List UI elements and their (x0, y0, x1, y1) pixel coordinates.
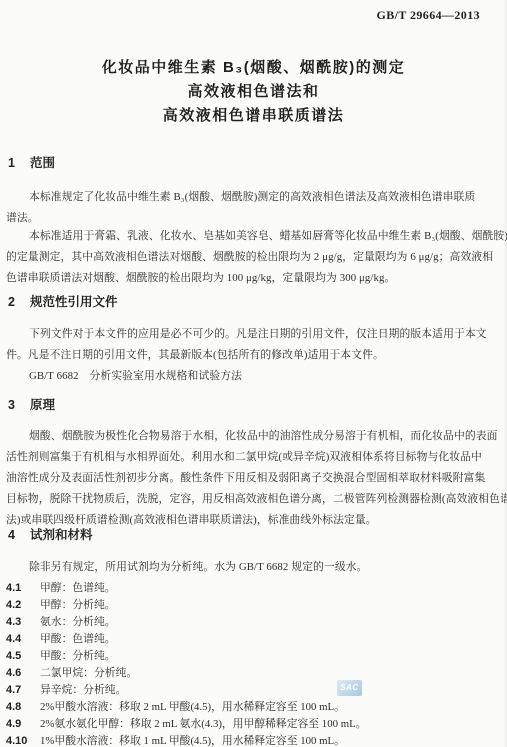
clause-number: 4.9 (6, 716, 30, 733)
text-line: 的定量测定，其中高效液相色谱法对烟酸、烟酰胺的检出限均为 2 μg/g，定量限均… (6, 247, 499, 268)
section-heading-reagents: 4试剂和材料 (8, 529, 92, 542)
clause-number: 4.4 (6, 631, 30, 648)
text-line: GB/T 6682 分析实验室用水规格和试验方法 (6, 366, 499, 387)
principle-paragraph: 烟酸、烟酰胺为极性化合物易溶于水相，化妆品中的油溶性成分易溶于有机相，而化妆品中… (6, 426, 499, 531)
clause-number: 4.7 (6, 682, 30, 699)
text-line: 活性剂则富集于有机相与水相界面处。利用水和二氯甲烷(或异辛烷)双液相体系将目标物… (6, 447, 499, 468)
clause-text: 2%氨水氨化甲醇：移取 2 mL 氨水(4.3)，用甲醇稀释定容至 100 mL… (40, 718, 367, 730)
clause-number: 4.6 (6, 665, 30, 682)
section-title: 试剂和材料 (30, 528, 93, 542)
section-title: 规范性引用文件 (30, 295, 118, 309)
clause-item: 4.3氨水：分析纯。 (6, 614, 499, 631)
scope-paragraph-2: 本标准适用于膏霜、乳液、化妆水、皂基如美容皂、蜡基如唇膏等化妆品中维生素 B₃(… (6, 226, 499, 289)
clause-text: 2%甲酸水溶液：移取 2 mL 甲酸(4.5)，用水稀释定容至 100 mL。 (40, 701, 345, 713)
clause-text: 甲醇：分析纯。 (40, 599, 116, 611)
clause-number: 4.5 (6, 648, 30, 665)
clause-number: 4.2 (6, 597, 30, 614)
clause-item: 4.1甲醇：色谱纯。 (6, 580, 499, 597)
section-number: 2 (8, 295, 15, 309)
clause-item: 4.101%甲酸水溶液：移取 1 mL 甲酸(4.5)，用水稀释定容至 100 … (6, 733, 499, 747)
sac-watermark-badge: SAC (337, 680, 362, 696)
text-line: 本标准规定了化妆品中维生素 B₃(烟酸、烟酰胺)测定的高效液相色谱法及高效液相色… (6, 187, 499, 208)
reference-entry: GB/T 6682 分析实验室用水规格和试验方法 (6, 366, 499, 387)
text-line: 油溶性成分及表面活性剂初步分离。酸性条件下用反相及弱阳离子交换混合型固相萃取材料… (6, 468, 499, 489)
clause-item: 4.2甲醇：分析纯。 (6, 597, 499, 614)
text-line: 下列文件对于本文件的应用是必不可少的。凡是注日期的引用文件，仅注日期的版本适用于… (6, 324, 499, 345)
title-line-2: 高效液相色谱法和 (0, 80, 507, 104)
section-title: 范围 (30, 156, 55, 170)
reagent-list: 4.1甲醇：色谱纯。 4.2甲醇：分析纯。 4.3氨水：分析纯。 4.4甲酸：色… (6, 580, 499, 747)
section-heading-principle: 3原理 (8, 399, 55, 412)
text-line: 色谱串联质谱法对烟酸、烟酰胺的检出限均为 100 μg/kg，定量限均为 300… (6, 268, 499, 289)
section-number: 4 (8, 528, 15, 542)
clause-number: 4.1 (6, 580, 30, 597)
clause-text: 异辛烷：分析纯。 (40, 684, 126, 696)
standard-code: GB/T 29664—2013 (377, 8, 480, 23)
clause-text: 甲酸：色谱纯。 (40, 633, 116, 645)
clause-number: 4.3 (6, 614, 30, 631)
section-title: 原理 (30, 398, 55, 412)
references-paragraph: 下列文件对于本文件的应用是必不可少的。凡是注日期的引用文件，仅注日期的版本适用于… (6, 324, 499, 366)
clause-text: 1%甲酸水溶液：移取 1 mL 甲酸(4.5)，用水稀释定容至 100 mL。 (40, 735, 345, 747)
section-heading-normative-references: 2规范性引用文件 (8, 296, 117, 309)
sac-watermark-label: SAC (340, 683, 358, 692)
clause-item: 4.92%氨水氨化甲醇：移取 2 mL 氨水(4.3)，用甲醇稀释定容至 100… (6, 716, 499, 733)
clause-item: 4.82%甲酸水溶液：移取 2 mL 甲酸(4.5)，用水稀释定容至 100 m… (6, 699, 499, 716)
clause-item: 4.5甲酸：分析纯。 (6, 648, 499, 665)
section-heading-scope: 1范围 (8, 157, 55, 170)
title-line-1: 化妆品中维生素 B₃(烟酸、烟酰胺)的测定 (0, 56, 507, 80)
text-line: 烟酸、烟酰胺为极性化合物易溶于水相，化妆品中的油溶性成分易溶于有机相，而化妆品中… (6, 426, 499, 447)
clause-text: 氨水：分析纯。 (40, 616, 116, 628)
clause-text: 二氯甲烷：分析纯。 (40, 667, 137, 679)
clause-text: 甲酸：分析纯。 (40, 650, 116, 662)
document-title: 化妆品中维生素 B₃(烟酸、烟酰胺)的测定 高效液相色谱法和 高效液相色谱串联质… (0, 56, 507, 128)
document-page: GB/T 29664—2013 化妆品中维生素 B₃(烟酸、烟酰胺)的测定 高效… (0, 0, 507, 747)
title-line-3: 高效液相色谱串联质谱法 (0, 104, 507, 128)
clause-number: 4.8 (6, 699, 30, 716)
text-line: 目标物，脱除干扰物质后，洗脱，定容，用反相高效液相色谱分离，二极管阵列检测器检测… (6, 489, 499, 510)
text-line: 件。凡是不注日期的引用文件，其最新版本(包括所有的修改单)适用于本文件。 (6, 345, 499, 366)
text-line: 本标准适用于膏霜、乳液、化妆水、皂基如美容皂、蜡基如唇膏等化妆品中维生素 B₃(… (6, 226, 499, 247)
clause-number: 4.10 (6, 733, 30, 747)
scope-paragraph-1: 本标准规定了化妆品中维生素 B₃(烟酸、烟酰胺)测定的高效液相色谱法及高效液相色… (6, 187, 499, 229)
text-line: 除非另有规定，所用试剂均为分析纯。水为 GB/T 6682 规定的一级水。 (6, 557, 499, 578)
clause-item: 4.7异辛烷：分析纯。 (6, 682, 499, 699)
section-number: 3 (8, 398, 15, 412)
clause-text: 甲醇：色谱纯。 (40, 582, 116, 594)
clause-item: 4.4甲酸：色谱纯。 (6, 631, 499, 648)
section-number: 1 (8, 156, 15, 170)
reagents-intro: 除非另有规定，所用试剂均为分析纯。水为 GB/T 6682 规定的一级水。 (6, 557, 499, 578)
clause-item: 4.6二氯甲烷：分析纯。 (6, 665, 499, 682)
